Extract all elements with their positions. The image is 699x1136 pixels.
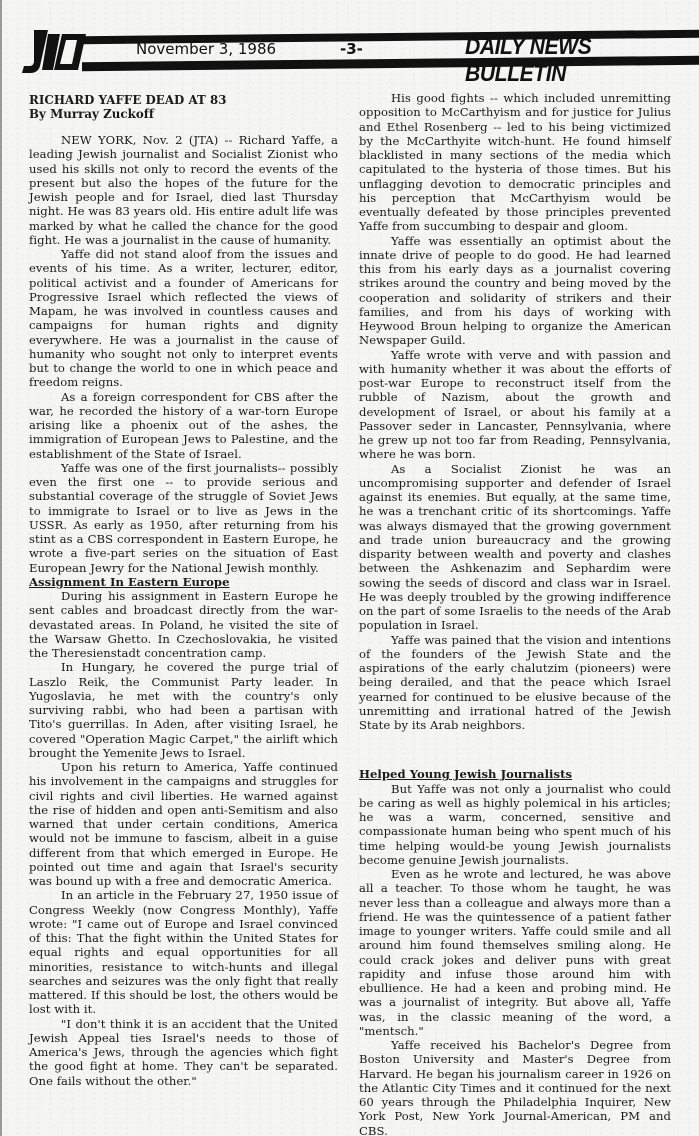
paragraph: Yaffe was one of the first journalists--… — [29, 461, 338, 575]
paragraph: Yaffe wrote with verve and with passion … — [359, 348, 671, 462]
paragraph: Yaffe received his Bachelor's Degree fro… — [359, 1038, 671, 1136]
publication-title: DAILY NEWS BULLETIN — [465, 33, 665, 87]
right-column: His good fights -- which included unremi… — [359, 91, 671, 1136]
paragraph: Upon his return to America, Yaffe contin… — [29, 760, 338, 888]
issue-date: November 3, 1986 — [136, 40, 276, 58]
page-number: -3- — [340, 40, 363, 58]
paragraph: Yaffe did not stand aloof from the issue… — [29, 247, 338, 390]
newspaper-page: November 3, 1986 -3- DAILY NEWS BULLETIN… — [0, 0, 699, 1136]
paragraph: Yaffe was pained that the vision and int… — [359, 633, 671, 733]
paragraph: As a foreign correspondent for CBS after… — [29, 390, 338, 461]
paragraph: As a Socialist Zionist he was an uncompr… — [359, 462, 671, 633]
subhead-young-journalists: Helped Young Jewish Journalists — [359, 767, 671, 781]
paragraph: In Hungary, he covered the purge trial o… — [29, 660, 338, 760]
paragraph: His good fights -- which included unremi… — [359, 91, 671, 234]
page-edge — [0, 0, 2, 1136]
paragraph: Even as he wrote and lectured, he was ab… — [359, 867, 671, 1038]
paragraph: But Yaffe was not only a journalist who … — [359, 782, 671, 868]
article-headline: RICHARD YAFFE DEAD AT 83 — [29, 93, 338, 107]
article-byline: By Murray Zuckoff — [29, 107, 338, 121]
paragraph: Yaffe was essentially an optimist about … — [359, 234, 671, 348]
paragraph: In an article in the February 27, 1950 i… — [29, 888, 338, 1016]
masthead: November 3, 1986 -3- DAILY NEWS BULLETIN — [20, 26, 682, 76]
subhead-eastern-europe: Assignment In Eastern Europe — [29, 575, 338, 589]
paragraph: During his assignment in Eastern Europe … — [29, 589, 338, 660]
jta-logo-icon — [20, 26, 90, 76]
paragraph: NEW YORK, Nov. 2 (JTA) -- Richard Yaffe,… — [29, 133, 338, 247]
left-column: RICHARD YAFFE DEAD AT 83 By Murray Zucko… — [29, 93, 338, 1088]
paragraph: "I don't think it is an accident that th… — [29, 1017, 338, 1088]
